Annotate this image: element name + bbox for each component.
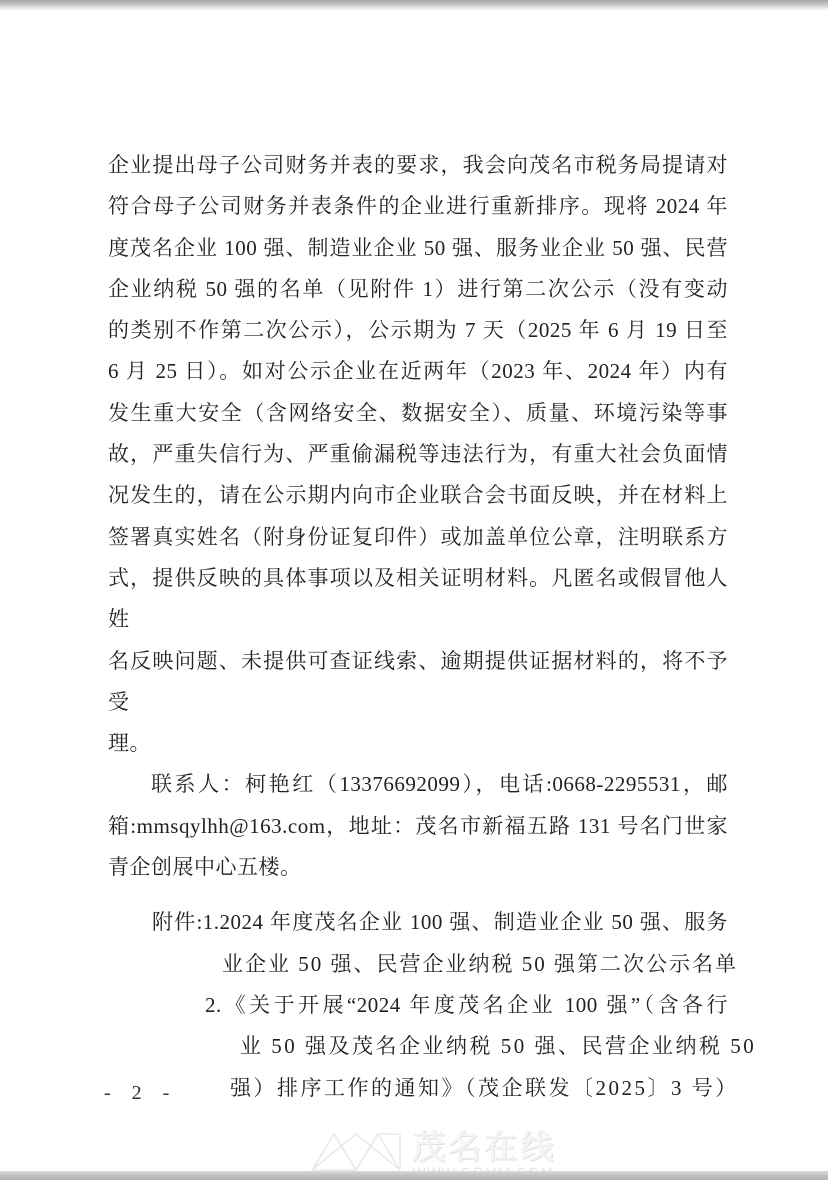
text-line: 度茂名企业 100 强、制造业企业 50 强、服务业企业 50 强、民营 [108, 228, 728, 269]
contact-line: 青企创展中心五楼。 [108, 847, 728, 888]
text-line: 发生重大安全（含网络安全、数据安全）、质量、环境污染等事 [108, 393, 728, 434]
attachment-line: 强）排序工作的通知》（茂企联发〔2025〕3 号） [230, 1068, 728, 1109]
text-line: 签署真实姓名（附身份证复印件）或加盖单位公章，注明联系方 [108, 517, 728, 558]
document-page: { "doc": { "para1_lines": [ "企业提出母子公司财务并… [0, 0, 828, 1180]
scan-edge-top [0, 0, 828, 11]
text-line: 符合母子公司财务并表条件的企业进行重新排序。现将 2024 年 [108, 186, 728, 227]
text-line: 况发生的，请在公示期内向市企业联合会书面反映，并在材料上 [108, 475, 728, 516]
attachment-line: 业企业 50 强、民营企业纳税 50 强第二次公示名单 [222, 944, 728, 985]
scan-edge-bottom [0, 1171, 828, 1180]
attachment-list: 附件:1.2024 年度茂名企业 100 强、制造业企业 50 强、服务 业企业… [108, 902, 728, 1108]
body-paragraph: 企业提出母子公司财务并表的要求，我会向茂名市税务局提请对 符合母子公司财务并表条… [108, 145, 728, 764]
text-line: 的类别不作第二次公示），公示期为 7 天（2025 年 6 月 19 日至 [108, 310, 728, 351]
contact-line: 箱:mmsqylhh@163.com，地址：茂名市新福五路 131 号名门世家 [108, 806, 728, 847]
text-line: 6 月 25 日）。如对公示企业在近两年（2023 年、2024 年）内有 [108, 351, 728, 392]
text-line: 名反映问题、未提供可查证线索、逾期提供证据材料的，将不予受 [108, 641, 728, 724]
attachment-line: 业 50 强及茂名企业纳税 50 强、民营企业纳税 50 [240, 1026, 728, 1067]
text-line: 理。 [108, 723, 728, 764]
text-line: 故，严重失信行为、严重偷漏税等违法行为，有重大社会负面情 [108, 434, 728, 475]
attachment-line: 2.《关于开展“2024 年度茂名企业 100 强”（含各行 [205, 985, 728, 1026]
text-line: 企业提出母子公司财务并表的要求，我会向茂名市税务局提请对 [108, 145, 728, 186]
text-line: 企业纳税 50 强的名单（见附件 1）进行第二次公示（没有变动 [108, 269, 728, 310]
attachment-line: 附件:1.2024 年度茂名企业 100 强、制造业企业 50 强、服务 [152, 902, 728, 943]
text-line: 式，提供反映的具体事项以及相关证明材料。凡匿名或假冒他人姓 [108, 558, 728, 641]
contact-line: 联系人：柯艳红（13376692099），电话:0668-2295531，邮 [108, 764, 728, 805]
document-body: 企业提出母子公司财务并表的要求，我会向茂名市税务局提请对 符合母子公司财务并表条… [108, 145, 728, 1109]
site-name: 茂名在线 [412, 1130, 556, 1164]
page-number: - 2 - [104, 1082, 177, 1105]
contact-paragraph: 联系人：柯艳红（13376692099），电话:0668-2295531，邮 箱… [108, 764, 728, 888]
